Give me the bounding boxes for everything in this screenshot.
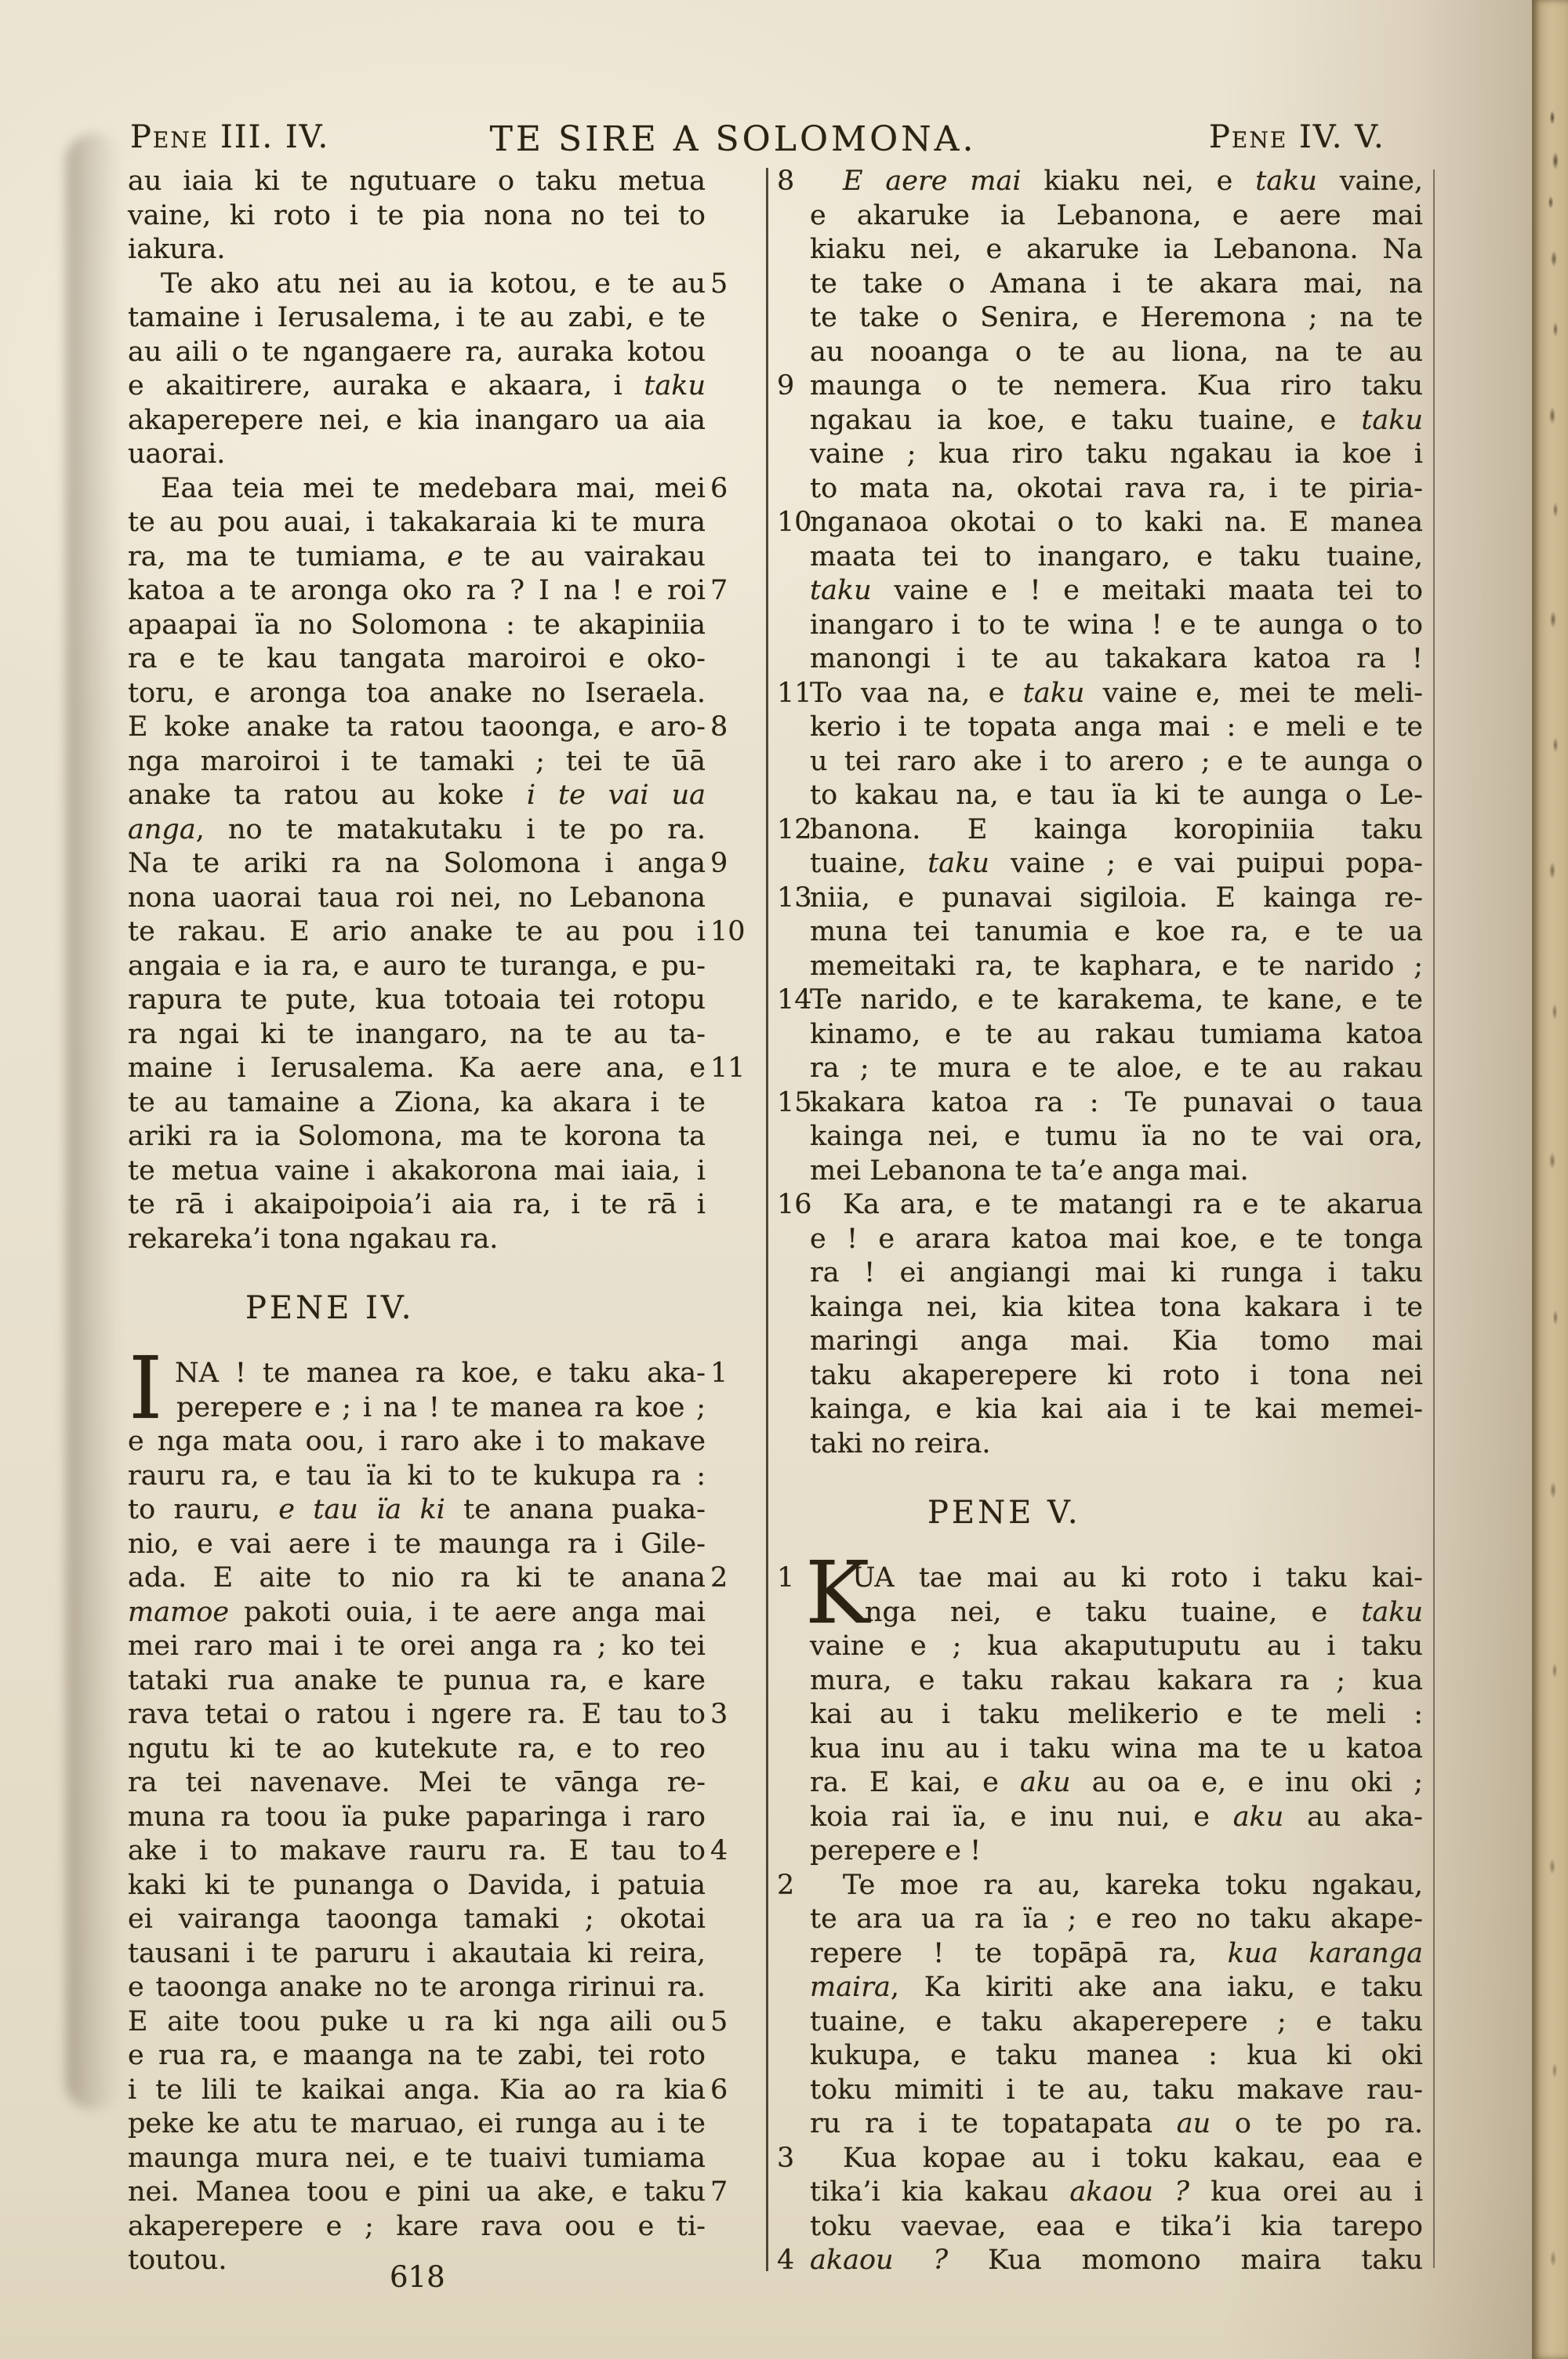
italic-text: anga — [128, 814, 196, 845]
verse-text-line: e ! e arara katoa mai koe, e te tonga — [810, 1223, 1423, 1257]
roman-text: kukupa, e taku manea : kua ki oki — [810, 2040, 1423, 2071]
verse-text-line: te au pou auai, i takakaraia ki te mura — [128, 506, 706, 540]
roman-text: perepere e ! — [810, 1835, 981, 1866]
verse-text-line: 8E koke anake ta ratou taoonga, e aro- — [128, 711, 706, 745]
roman-text: vaine ; kua riro taku ngakau ia koe i — [810, 438, 1423, 470]
roman-text: e akaitirere, auraka e akaara, i — [128, 370, 644, 402]
verse-text-line: 4akaou ? Kua momono maira taku — [810, 2244, 1423, 2278]
italic-text: E aere mai — [843, 165, 1022, 197]
roman-text: e akaruke ia Lebanona, e aere mai — [810, 200, 1423, 231]
roman-text: ngakau ia koe, e taku tuaine, e — [810, 405, 1361, 436]
roman-text: vaine, — [1317, 165, 1423, 197]
verse-text-line: memeitaki ra, te kaphara, e te narido ; — [810, 950, 1423, 984]
roman-text: kai au i taku melikerio e te meli : — [810, 1699, 1423, 1730]
verse-text-line: ra, ma te tumiama, e te au vairakau — [128, 540, 706, 575]
roman-text: te take o Amana i te akara mai, na — [810, 268, 1423, 300]
roman-text: i te lili te kaikai anga. Kia ao ra kia — [128, 2074, 706, 2106]
verse-number: 9 — [777, 369, 807, 404]
verse-text-line: uaorai. — [128, 438, 706, 472]
roman-text: taki no reira. — [810, 1428, 991, 1459]
verse-text-line: ra e te kau tangata maroiroi e oko- — [128, 642, 706, 677]
roman-text: au iaia ki te ngutuare o taku metua — [128, 165, 706, 197]
roman-text: kakara katoa ra : Te punavai o taua — [810, 1087, 1423, 1118]
italic-text: taku — [1255, 165, 1317, 197]
verse-text-line: nga maroiroi i te tamaki ; tei te ūā — [128, 745, 706, 780]
roman-text: maata tei to inangaro, e taku tuaine, — [810, 541, 1423, 572]
italic-text: au — [1177, 2108, 1210, 2139]
roman-text: au nooanga o te au liona, na te au — [810, 336, 1423, 368]
roman-text: memeitaki ra, te kaphara, e te narido ; — [810, 951, 1423, 982]
verse-number: 14 — [777, 983, 807, 1018]
roman-text: vaine e ! e meitaki maata tei to — [872, 575, 1423, 606]
verse-text-line: te take o Senira, e Heremona ; na te — [810, 301, 1423, 336]
verse-text-line: ra tei navenave. Mei te vānga re- — [128, 1766, 706, 1801]
verse-text-line: mura, e taku rakau kakara ra ; kua — [810, 1664, 1423, 1699]
verse-text-line: muna tei tanumia e koe ra, e te ua — [810, 915, 1423, 950]
verse-text-line: nio, e vai aere i te maunga ra i Gile- — [128, 1528, 706, 1562]
roman-text: kinamo, e te au rakau tumiama katoa — [810, 1019, 1423, 1050]
verse-number: 11 — [710, 1052, 760, 1086]
verse-text-line: perepere e ; i na ! te manea ra koe ; — [128, 1391, 706, 1426]
verse-text-line: e nga mata oou, i raro ake i to makave — [128, 1425, 706, 1459]
roman-text: au aili o te ngangaere ra, auraka kotou — [128, 336, 706, 368]
roman-text: ra e te kau tangata maroiroi e oko- — [128, 643, 706, 674]
roman-text: vaine, ki roto i te pia nona no tei to — [128, 200, 706, 231]
verse-number: 3 — [777, 2142, 807, 2176]
verse-text-line: tika’i kia kakau akaou ? kua orei au i — [810, 2175, 1423, 2210]
verse-text-line: e akaitirere, auraka e akaara, i taku — [128, 369, 706, 404]
verse-text-line: au aili o te ngangaere ra, auraka kotou — [128, 336, 706, 370]
verse-text-line: anake ta ratou au koke i te vai ua — [128, 779, 706, 813]
roman-text: kua inu au i taku wina ma te u katoa — [810, 1733, 1423, 1765]
roman-text: nei. Manea toou e pini ua ake, e taku — [128, 2176, 706, 2208]
verse-text-line: kua inu au i taku wina ma te u katoa — [810, 1732, 1423, 1767]
verse-number: 8 — [777, 165, 807, 199]
text-column-left: au iaia ki te ngutuare o taku metuavaine… — [128, 165, 706, 2278]
italic-text: taku — [1361, 1597, 1423, 1628]
roman-text: maunga mura nei, e te tuaivi tumiama — [128, 2143, 706, 2174]
verse-text-line: te metua vaine i akakorona mai iaia, i — [128, 1154, 706, 1189]
verse-text-line: perepere e ! — [810, 1834, 1423, 1869]
roman-text: u tei raro ake i to arero ; e te aunga o — [810, 746, 1423, 777]
roman-text: to kakau na, e tau ïa ki te aunga o Le- — [810, 780, 1423, 811]
roman-text: ake i to makave rauru ra. E tau to — [128, 1835, 706, 1866]
roman-text: Kua momono maira taku — [948, 2245, 1423, 2276]
roman-text: nganaoa okotai o to kaki na. E manea — [810, 507, 1423, 538]
verse-text-line: ariki ra ia Solomona, ma te korona ta — [128, 1120, 706, 1154]
verse-text-line: 11maine i Ierusalema. Ka aere ana, e — [128, 1052, 706, 1086]
verse-number: 9 — [710, 847, 760, 881]
roman-text: kerio i te topata anga mai : e meli e te — [810, 711, 1423, 743]
verse-text-line: tausani i te paruru i akautaia ki reira, — [128, 1937, 706, 1972]
roman-text: E koke anake ta ratou taoonga, e aro- — [128, 711, 706, 743]
roman-text: au oa e, e inu oki ; — [1071, 1767, 1423, 1798]
verse-text-line: 5E aite toou puke u ra ki nga aili ou — [128, 2005, 706, 2040]
verse-number: 2 — [710, 1561, 760, 1596]
roman-text: maunga o te nemera. Kua riro taku — [810, 370, 1423, 402]
verse-text-line: kainga nei, kia kitea tona kakara i te — [810, 1291, 1423, 1325]
chapter-heading: PENE IV. — [128, 1291, 706, 1325]
verse-text-line: e akaruke ia Lebanona, e aere mai — [810, 199, 1423, 234]
roman-text: au aka- — [1283, 1801, 1423, 1833]
verse-text-line: rauru ra, e tau ïa ki to te kukupa ra : — [128, 1459, 706, 1494]
roman-text: e taoonga anake no te aronga ririnui ra. — [128, 1972, 706, 2003]
italic-text: e — [447, 541, 463, 572]
verse-text-line: akaperepere nei, e kia inangaro ua aia — [128, 404, 706, 438]
roman-text: ra ngai ki te inangaro, na te au ta- — [128, 1019, 706, 1050]
running-head-right: Pene IV. V. — [1209, 119, 1385, 155]
verse-text-line: 2ada. E aite to nio ra ki te anana — [128, 1561, 706, 1596]
verse-text-line: akaperepere e ; kare rava oou e ti- — [128, 2210, 706, 2245]
verse-text-line: to mata na, okotai rava ra, i te piria- — [810, 472, 1423, 507]
roman-text: e ! e arara katoa mai koe, e te tonga — [810, 1223, 1423, 1255]
scanned-book-page: Pene III. IV. TE SIRE A SOLOMONA. Pene I… — [0, 0, 1568, 2359]
italic-text: e tau ïa ki — [278, 1494, 445, 1525]
verse-text-line: 9Na te ariki ra na Solomona i anga — [128, 847, 706, 881]
verse-number: 4 — [777, 2244, 807, 2278]
column-rule — [766, 168, 768, 2271]
italic-text: kua karanga — [1228, 1938, 1423, 1969]
roman-text: ra tei navenave. Mei te vānga re- — [128, 1767, 706, 1798]
outer-rule — [1433, 169, 1435, 2268]
text-column-right: 8E aere mai kiaku nei, e taku vaine,e ak… — [810, 165, 1423, 2278]
roman-text: te metua vaine i akakorona mai iaia, i — [128, 1155, 706, 1187]
verse-number: 6 — [710, 2074, 760, 2108]
italic-text: mamoe — [128, 1597, 229, 1628]
roman-text: nga maroiroi i te tamaki ; tei te ūā — [128, 746, 706, 777]
running-head-title: TE SIRE A SOLOMONA. — [470, 119, 996, 159]
roman-text: taku akaperepere ki roto i tona nei — [810, 1360, 1423, 1391]
verse-text-line: e taoonga anake no te aronga ririnui ra. — [128, 1971, 706, 2005]
roman-text: to rauru, — [128, 1494, 278, 1525]
verse-text-line: 14Te narido, e te karakema, te kane, e t… — [810, 983, 1423, 1018]
roman-text: Te narido, e te karakema, te kane, e te — [810, 984, 1423, 1016]
verse-text-line: 11To vaa na, e taku vaine e, mei te meli… — [810, 677, 1423, 711]
verse-text-line: au nooanga o te au liona, na te au — [810, 336, 1423, 370]
roman-text: ru ra i te topatapata — [810, 2108, 1177, 2139]
verse-text-line: kai au i taku melikerio e te meli : — [810, 1698, 1423, 1732]
roman-text: kainga, e kia kai aia i te kai memei- — [810, 1394, 1423, 1425]
verse-text-line: to rauru, e tau ïa ki te anana puaka- — [128, 1493, 706, 1528]
roman-text: Ka ara, e te matangi ra e te akarua — [843, 1189, 1423, 1220]
verse-text-line: apaapai ïa no Solomona : te akapiniia — [128, 609, 706, 643]
chapter-heading: PENE V. — [810, 1496, 1423, 1530]
verse-number: 10 — [710, 915, 760, 950]
verse-number: 11 — [777, 677, 807, 711]
verse-text-line: te rā i akaipoipoia’i aia ra, i te rā i — [128, 1188, 706, 1223]
verse-text-line: angaia e ia ra, e auro te turanga, e pu- — [128, 950, 706, 984]
verse-text-line: ra. E kai, e aku au oa e, e inu oki ; — [810, 1766, 1423, 1801]
verse-text-line: mamoe pakoti ouia, i te aere anga mai — [128, 1596, 706, 1630]
roman-text: anake ta ratou au koke — [128, 780, 527, 811]
italic-text: taku — [1361, 405, 1423, 436]
verse-text-line: kainga nei, e tumu ïa no te vai ora, — [810, 1120, 1423, 1154]
verse-text-line: mei raro mai i te orei anga ra ; ko tei — [128, 1630, 706, 1664]
verse-text-line: au iaia ki te ngutuare o taku metua — [128, 165, 706, 199]
verse-number: 7 — [710, 2175, 760, 2210]
roman-text: te ara ua ra ïa ; e reo no taku akape- — [810, 1903, 1423, 1935]
roman-text: o te po ra. — [1210, 2108, 1423, 2139]
verse-text-line: 10nganaoa okotai o to kaki na. E manea — [810, 506, 1423, 540]
verse-text-line: ngutu ki te ao kutekute ra, e to reo — [128, 1732, 706, 1767]
roman-text: Na te ariki ra na Solomona i anga — [128, 848, 706, 879]
roman-text: toku vaevae, eaa e tika’i kia tarepo — [810, 2211, 1423, 2242]
roman-text: rauru ra, e tau ïa ki to te kukupa ra : — [128, 1460, 706, 1492]
verse-text-line: ra ! ei angiangi mai ki runga i taku — [810, 1256, 1423, 1291]
verse-text-line: toku vaevae, eaa e tika’i kia tarepo — [810, 2210, 1423, 2245]
next-page-edge — [1532, 0, 1568, 2359]
roman-text: te anana puaka- — [445, 1494, 706, 1525]
roman-text: te take o Senira, e Heremona ; na te — [810, 302, 1423, 333]
verse-number: 15 — [777, 1086, 807, 1121]
roman-text: maringi anga mai. Kia tomo mai — [810, 1325, 1423, 1357]
verse-number: 1 — [710, 1357, 760, 1391]
italic-text: taku — [644, 370, 706, 402]
verse-text-line: tataki rua anake te punua ra, e kare — [128, 1664, 706, 1699]
roman-text: koia rai ïa, e inu nui, e — [810, 1801, 1233, 1833]
roman-text: kua orei au i — [1189, 2176, 1423, 2208]
verse-text-line: anga, no te matakutaku i te po ra. — [128, 813, 706, 848]
roman-text: te rā i akaipoipoia’i aia ra, i te rā i — [128, 1189, 706, 1220]
verse-text-line: repere ! te topāpā ra, kua karanga — [810, 1937, 1423, 1972]
verse-text-line: mei Lebanona te ta’e anga mai. — [810, 1154, 1423, 1189]
roman-text: angaia e ia ra, e auro te turanga, e pu- — [128, 951, 706, 982]
verse-text-line: rapura te pute, kua totoaia tei rotopu — [128, 983, 706, 1018]
verse-text-line: e rua ra, e maanga na te zabi, tei roto — [128, 2039, 706, 2074]
roman-text: te au vairakau — [463, 541, 706, 572]
roman-text: toku mimiti i te au, taku makave rau- — [810, 2074, 1423, 2106]
verse-number: 4 — [710, 1834, 760, 1869]
roman-text: kainga nei, e tumu ïa no te vai ora, — [810, 1121, 1423, 1152]
roman-text: katoa a te aronga oko ra ? I na ! e roi — [128, 575, 706, 606]
roman-text: ngutu ki te ao kutekute ra, e to reo — [128, 1733, 706, 1765]
verse-text-line: ngakau ia koe, e taku tuaine, e taku — [810, 404, 1423, 438]
verse-text-line: 8E aere mai kiaku nei, e taku vaine, — [810, 165, 1423, 199]
verse-text-line: maringi anga mai. Kia tomo mai — [810, 1325, 1423, 1359]
italic-text: taku — [810, 575, 872, 606]
roman-text: , Ka kiriti ake ana iaku, e taku — [891, 1972, 1423, 2003]
roman-text: toru, e aronga toa anake no Iseraela. — [128, 678, 706, 709]
roman-text: E aite toou puke u ra ki nga aili ou — [128, 2006, 706, 2037]
verse-text-line: tuaine, taku vaine ; e vai puipui popa- — [810, 847, 1423, 881]
verse-text-line: 10te rakau. E ario anake te au pou i — [128, 915, 706, 950]
roman-text: kiaku nei, e akaruke ia Lebanona. Na — [810, 234, 1423, 265]
verse-text-line: 6i te lili te kaikai anga. Kia ao ra kia — [128, 2074, 706, 2108]
roman-text: ra, ma te tumiama, — [128, 541, 447, 572]
roman-text: nga nei, e taku tuaine, e — [865, 1597, 1361, 1628]
verse-text-line: kaki ki te punanga o Davida, i patuia — [128, 1869, 706, 1903]
verse-number: 1 — [777, 1561, 807, 1596]
roman-text: e nga mata oou, i raro ake i to makave — [128, 1426, 706, 1457]
verse-text-line: ra ngai ki te inangaro, na te au ta- — [128, 1018, 706, 1052]
roman-text: uaorai. — [128, 438, 225, 470]
roman-text: manongi i te au takakara katoa ra ! — [810, 643, 1423, 674]
verse-text-line: kiaku nei, e akaruke ia Lebanona. Na — [810, 233, 1423, 267]
roman-text: maine i Ierusalema. Ka aere ana, e — [128, 1052, 706, 1084]
gutter-shadow — [66, 133, 121, 2110]
verse-text-line: 5Te ako atu nei au ia kotou, e te au — [128, 267, 706, 302]
verse-text-line: vaine, ki roto i te pia nona no tei to — [128, 199, 706, 234]
verse-text-line: taki no reira. — [810, 1427, 1423, 1462]
roman-text: peke ke atu te maruao, ei runga au i te — [128, 2108, 706, 2139]
verse-text-line: u tei raro ake i to arero ; e te aunga o — [810, 745, 1423, 780]
verse-text-line: tamaine i Ierusalema, i te au zabi, e te — [128, 301, 706, 336]
verse-text-line: 7nei. Manea toou e pini ua ake, e taku — [128, 2175, 706, 2210]
verse-text-line: inangaro i to te wina ! e te aunga o to — [810, 609, 1423, 643]
verse-number: 5 — [710, 2005, 760, 2040]
verse-number: 10 — [777, 506, 807, 540]
roman-text: vaine ; e vai puipui popa- — [989, 848, 1423, 879]
verse-text-line: ra ; te mura e te aloe, e te au rakau — [810, 1052, 1423, 1086]
verse-text-line: toku mimiti i te au, taku makave rau- — [810, 2074, 1423, 2108]
roman-text: tuaine, e taku akaperepere ; e taku — [810, 2006, 1423, 2037]
roman-text: iakura. — [128, 234, 226, 265]
verse-text-line: 7katoa a te aronga oko ra ? I na ! e roi — [128, 574, 706, 609]
roman-text: ra ! ei angiangi mai ki runga i taku — [810, 1257, 1423, 1289]
roman-text: te rakau. E ario anake te au pou i — [128, 916, 706, 947]
verse-text-line: iakura. — [128, 233, 706, 267]
roman-text: kainga nei, kia kitea tona kakara i te — [810, 1292, 1423, 1323]
verse-text-line: toru, e aronga toa anake no Iseraela. — [128, 677, 706, 711]
roman-text: nona uaorai taua roi nei, no Lebanona — [128, 882, 706, 914]
verse-number: 2 — [777, 1869, 807, 1903]
roman-text: nio, e vai aere i te maunga ra i Gile- — [128, 1528, 706, 1560]
verse-text-line: manongi i te au takakara katoa ra ! — [810, 642, 1423, 677]
roman-text: ariki ra ia Solomona, ma te korona ta — [128, 1121, 706, 1152]
roman-text: To vaa na, e — [810, 678, 1023, 709]
roman-text: te au tamaine a Ziona, ka akara i te — [128, 1087, 706, 1118]
verse-text-line: 6Eaa teia mei te medebara mai, mei — [128, 472, 706, 507]
verse-text-line: kerio i te topata anga mai : e meli e te — [810, 711, 1423, 745]
verse-text-line: K1UA tae mai au ki roto i taku kai- — [810, 1561, 1423, 1596]
verse-number: 5 — [710, 267, 760, 302]
verse-text-line: I1NA ! te manea ra koe, e taku aka- — [128, 1357, 706, 1391]
verse-text-line: 15kakara katoa ra : Te punavai o taua — [810, 1086, 1423, 1121]
verse-text-line: 16Ka ara, e te matangi ra e te akarua — [810, 1188, 1423, 1223]
verse-number: 6 — [710, 472, 760, 507]
roman-text: tausani i te paruru i akautaia ki reira, — [128, 1938, 706, 1969]
roman-text: Kua kopae au i toku kakau, eaa e — [843, 2143, 1423, 2174]
roman-text: tuaine, — [810, 848, 927, 879]
italic-text: maira — [810, 1972, 891, 2003]
verse-text-line: nona uaorai taua roi nei, no Lebanona — [128, 881, 706, 916]
roman-text: ra ; te mura e te aloe, e te au rakau — [810, 1052, 1423, 1084]
verse-text-line: kukupa, e taku manea : kua ki oki — [810, 2039, 1423, 2074]
italic-text: aku — [1020, 1767, 1071, 1798]
verse-number: 12 — [777, 813, 807, 848]
roman-text: kaki ki te punanga o Davida, i patuia — [128, 1870, 706, 1901]
verse-text-line: nga nei, e taku tuaine, e taku — [810, 1596, 1423, 1630]
roman-text: rapura te pute, kua totoaia tei rotopu — [128, 984, 706, 1016]
italic-text: i te vai ua — [527, 780, 706, 811]
italic-text: taku — [927, 848, 989, 879]
verse-text-line: 9maunga o te nemera. Kua riro taku — [810, 369, 1423, 404]
roman-text: inangaro i to te wina ! e te aunga o to — [810, 609, 1423, 641]
italic-text: akaou ? — [810, 2245, 948, 2276]
italic-text: akaou ? — [1069, 2176, 1189, 2208]
roman-text: Te moe ra au, kareka toku ngakau, — [843, 1870, 1423, 1901]
roman-text: tamaine i Ierusalema, i te au zabi, e te — [128, 302, 706, 333]
roman-text: te au pou auai, i takakaraia ki te mura — [128, 507, 706, 538]
roman-text: banona. E kainga koropiniia taku — [810, 814, 1423, 845]
roman-text: vaine e ; kua akaputuputu au i taku — [810, 1630, 1423, 1662]
roman-text: mura, e taku rakau kakara ra ; kua — [810, 1665, 1423, 1696]
roman-text: rekareka’i tona ngakau ra. — [128, 1223, 498, 1255]
roman-text: perepere e ; i na ! te manea ra koe ; — [176, 1392, 706, 1423]
verse-number: 16 — [777, 1188, 807, 1223]
verse-number: 3 — [710, 1698, 760, 1732]
verse-text-line: maata tei to inangaro, e taku tuaine, — [810, 540, 1423, 575]
verse-text-line: ru ra i te topatapata au o te po ra. — [810, 2107, 1423, 2142]
roman-text: niia, e punavai sigiloia. E kainga re- — [810, 882, 1423, 914]
roman-text: mei raro mai i te orei anga ra ; ko tei — [128, 1630, 706, 1662]
italic-text: taku — [1023, 678, 1085, 709]
verse-text-line: maunga mura nei, e te tuaivi tumiama — [128, 2142, 706, 2176]
roman-text: akaperepere nei, e kia inangaro ua aia — [128, 405, 706, 436]
roman-text: muna ra toou ïa puke paparinga i raro — [128, 1801, 706, 1833]
verse-text-line: ei vairanga taoonga tamaki ; okotai — [128, 1903, 706, 1937]
roman-text: rava tetai o ratou i ngere ra. E tau to — [128, 1699, 706, 1730]
roman-text: toutou. — [128, 2245, 227, 2276]
verse-text-line: koia rai ïa, e inu nui, e aku au aka- — [810, 1801, 1423, 1835]
roman-text: muna tei tanumia e koe ra, e te ua — [810, 916, 1423, 947]
roman-text: to mata na, okotai rava ra, i te piria- — [810, 473, 1423, 504]
italic-text: aku — [1233, 1801, 1284, 1833]
verse-text-line: 3rava tetai o ratou i ngere ra. E tau to — [128, 1698, 706, 1732]
roman-text: kiaku nei, e — [1022, 165, 1256, 197]
roman-text: UA tae mai au ki roto i taku kai- — [852, 1562, 1423, 1594]
running-head-left: Pene III. IV. — [130, 119, 329, 155]
verse-text-line: taku akaperepere ki roto i tona nei — [810, 1359, 1423, 1394]
verse-text-line: taku vaine e ! e meitaki maata tei to — [810, 574, 1423, 609]
roman-text: ada. E aite to nio ra ki te anana — [128, 1562, 706, 1594]
verse-text-line: 12banona. E kainga koropiniia taku — [810, 813, 1423, 848]
roman-text: tataki rua anake te punua ra, e kare — [128, 1665, 706, 1696]
verse-number: 7 — [710, 574, 760, 609]
roman-text: vaine e, mei te meli- — [1084, 678, 1423, 709]
verse-text-line: kinamo, e te au rakau tumiama katoa — [810, 1018, 1423, 1052]
roman-text: , no te matakutaku i te po ra. — [196, 814, 706, 845]
verse-text-line: tuaine, e taku akaperepere ; e taku — [810, 2005, 1423, 2040]
verse-text-line: te au tamaine a Ziona, ka akara i te — [128, 1086, 706, 1121]
roman-text: pakoti ouia, i te aere anga mai — [229, 1597, 706, 1628]
verse-text-line: 2Te moe ra au, kareka toku ngakau, — [810, 1869, 1423, 1903]
roman-text: Eaa teia mei te medebara mai, mei — [161, 473, 706, 504]
roman-text: mei Lebanona te ta’e anga mai. — [810, 1155, 1249, 1187]
roman-text: ei vairanga taoonga tamaki ; okotai — [128, 1903, 706, 1935]
verse-text-line: 13niia, e punavai sigiloia. E kainga re- — [810, 881, 1423, 916]
verse-text-line: te ara ua ra ïa ; e reo no taku akape- — [810, 1903, 1423, 1937]
verse-text-line: to kakau na, e tau ïa ki te aunga o Le- — [810, 779, 1423, 813]
verse-text-line: vaine ; kua riro taku ngakau ia koe i — [810, 438, 1423, 472]
verse-number: 13 — [777, 881, 807, 916]
verse-text-line: maira, Ka kiriti ake ana iaku, e taku — [810, 1971, 1423, 2005]
verse-text-line: muna ra toou ïa puke paparinga i raro — [128, 1801, 706, 1835]
verse-text-line: vaine e ; kua akaputuputu au i taku — [810, 1630, 1423, 1664]
roman-text: repere ! te topāpā ra, — [810, 1938, 1228, 1969]
verse-text-line: kainga, e kia kai aia i te kai memei- — [810, 1393, 1423, 1427]
verse-text-line: 3Kua kopae au i toku kakau, eaa e — [810, 2142, 1423, 2176]
roman-text: apaapai ïa no Solomona : te akapiniia — [128, 609, 706, 641]
verse-text-line: te take o Amana i te akara mai, na — [810, 267, 1423, 302]
roman-text: ra. E kai, e — [810, 1767, 1020, 1798]
roman-text: tika’i kia kakau — [810, 2176, 1069, 2208]
roman-text: NA ! te manea ra koe, e taku aka- — [175, 1358, 706, 1389]
roman-text: e rua ra, e maanga na te zabi, tei roto — [128, 2040, 706, 2071]
verse-text-line: rekareka’i tona ngakau ra. — [128, 1223, 706, 1257]
verse-number: 8 — [710, 711, 760, 745]
verse-text-line: peke ke atu te maruao, ei runga au i te — [128, 2107, 706, 2142]
